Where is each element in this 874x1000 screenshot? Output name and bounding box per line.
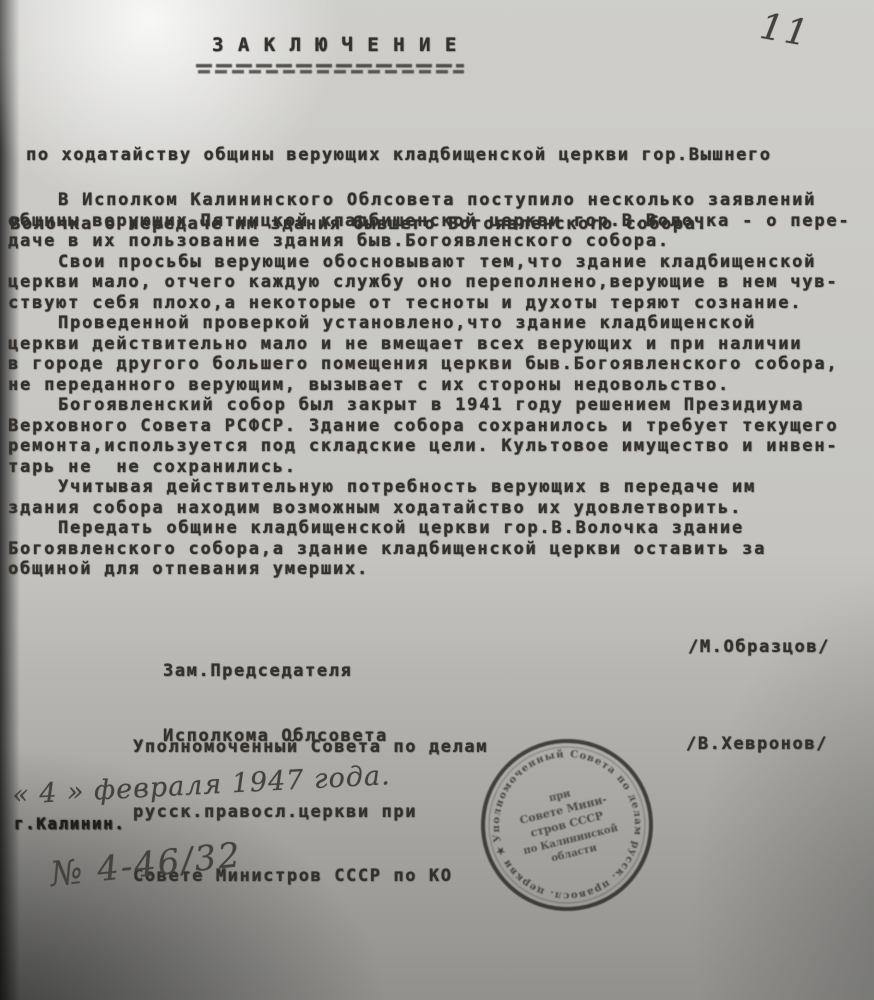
paragraph-line: здания собора находим возможным ходатайс…	[8, 498, 850, 519]
page-number-annotation: 11	[757, 6, 813, 55]
paragraph-line: ремонта,используется под складские цели.…	[8, 436, 850, 457]
paragraph-line: В Исполком Калининского Облсовета поступ…	[8, 190, 850, 211]
paragraph-line: тарь не не сохранились.	[8, 457, 850, 478]
paragraph-line: даче в их пользование здания быв.Богоявл…	[8, 231, 850, 252]
paragraph-line: в городе другого большего помещения церк…	[8, 354, 850, 375]
paragraph-line: Богоявленский собор был закрыт в 1941 го…	[8, 395, 850, 416]
stamp-center-text: при Совете Мини- стров СССР по Калининск…	[511, 779, 623, 871]
paragraph-line: не переданного верующим, вызывает с их с…	[8, 375, 850, 396]
paragraph-line: общины верующих Пятницкой кладбищенской …	[8, 211, 850, 232]
signature-name-khevronov: /В.Хевронов/	[686, 734, 828, 754]
title-underline	[196, 63, 464, 75]
paragraph-line: ствуют себя плохо,а некоторые от тесноты…	[8, 293, 850, 314]
subject-line: по ходатайству общины верующих кладбищен…	[26, 144, 772, 167]
paragraph-line: Передать общине кладбищенской церкви гор…	[8, 518, 850, 539]
paragraph-line: Проведенной проверкой установлено,что зд…	[8, 313, 850, 334]
paragraph-line: Богоявленского собора,а здание кладбищен…	[8, 539, 850, 560]
paragraph-line: Верховного Совета РСФСР. Здание собора с…	[8, 416, 850, 437]
signature-title-line: Зам.Председателя	[163, 661, 388, 683]
paragraph-line: церкви мало, отчего каждую службу оно пе…	[8, 272, 850, 293]
official-round-stamp: Уполномоченный Совета по делам русск. пр…	[459, 717, 675, 933]
signature-title-line: Уполномоченный Совета по делам	[133, 737, 488, 759]
paragraph-line: Свои просьбы верующие обосновывают тем,ч…	[8, 252, 850, 273]
city-line: г.Калинин.	[14, 814, 125, 833]
signature-name-obraztsov: /М.Образцов/	[688, 637, 830, 657]
paragraph-line: общиной для отпевания умерших.	[8, 559, 850, 580]
signature-title-line: русск.правосл.церкви при	[133, 802, 488, 824]
document-title: З А К Л Ю Ч Е Н И Е	[212, 34, 458, 56]
paragraph-line: Учитывая действительную потребность веру…	[8, 477, 850, 498]
document-photo: 11 З А К Л Ю Ч Е Н И Е по ходатайству об…	[0, 0, 874, 1000]
document-body: В Исполком Калининского Облсовета поступ…	[8, 190, 850, 580]
signature-block-commissioner: Уполномоченный Совета по делам русск.пра…	[133, 694, 488, 931]
paragraph-line: церкви действительно мало и не вмещает в…	[8, 334, 850, 355]
